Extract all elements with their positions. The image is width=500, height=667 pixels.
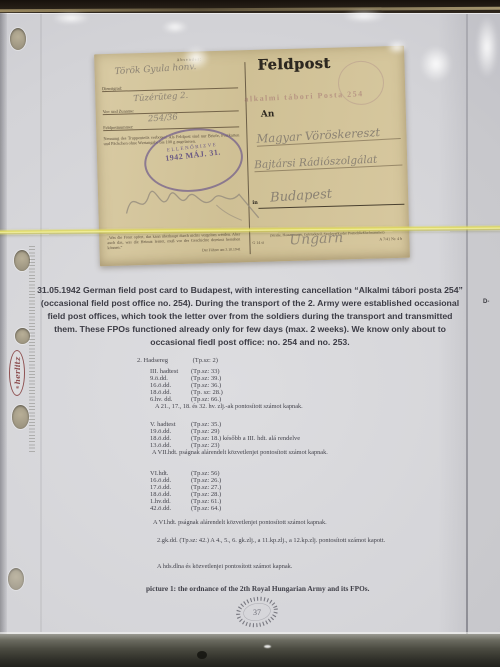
printed-quote-block: „Was die Front opfert, das kann überhaup… <box>107 232 240 255</box>
ordnance-row: 17.ö.dd.(Tp.sz: 27.) <box>150 484 327 491</box>
card-center-divider <box>244 62 250 254</box>
flash-glare <box>342 10 386 22</box>
adjacent-page-text-fragment: D- <box>483 299 489 305</box>
sheet-left-edge <box>0 13 7 634</box>
unit-name: 42.ö.dd. <box>150 505 191 512</box>
unit-tpsz: (Tp.sz: 66.) <box>191 396 221 403</box>
binder-hole <box>15 328 30 344</box>
page-number: 37 <box>253 608 261 617</box>
unit-tpsz: (Tp.sz: 29) <box>191 428 220 435</box>
ordnance-row: 42.ö.dd.(Tp.sz: 64.) <box>150 505 327 512</box>
unit-name: 9.ö.dd. <box>150 375 191 382</box>
army-tpsz: (Tp.sz: 2) <box>193 357 218 364</box>
army-name: 2. Hadsereg <box>137 357 191 364</box>
unit-tpsz: (Tp.sz: 39.) <box>191 375 221 382</box>
unit-tpsz: (Tp.sz: 61.) <box>191 498 221 505</box>
unit-name: 1.hv.dd. <box>150 498 191 505</box>
brand-name: herlitz <box>13 357 22 385</box>
unit-name: VI.hdt. <box>150 470 191 477</box>
corps3-note: A VI.hdt. pságnak alárendelt közvetlenje… <box>153 519 327 526</box>
unit-tpsz: (Tp.sz: 35.) <box>191 421 221 428</box>
ordnance-row: VI.hdt.(Tp.sz: 56) <box>150 470 327 477</box>
binder-hole <box>8 568 24 590</box>
album-page-photo: D- ® herlitz Absender: Dienstgrad: Török… <box>0 0 500 667</box>
flash-glare <box>476 16 498 78</box>
ordnance-row: 18.ö.dd.(Tp. sz: 28.) <box>150 389 303 396</box>
print-mark-right: A 7/41 Nr. 4 b <box>379 236 402 242</box>
adjacent-page <box>468 14 500 634</box>
table-surface-bottom <box>0 634 500 667</box>
corps2-block: V. hadtest(Tp.sz: 35.) 19.ö.dd.(Tp.sz: 2… <box>150 421 328 456</box>
ordnance-row: 18.ö.dd.(Tp.sz: 28.) <box>150 491 327 498</box>
feldpost-title: Feldpost <box>257 55 330 74</box>
final-note: A hds.dlna és közvetlenjei pontosított s… <box>157 563 292 570</box>
binder-hole <box>14 250 30 271</box>
ordnance-row: III. hadtest(Tp.sz: 33) <box>150 368 303 375</box>
herlitz-logo: ® herlitz <box>9 350 25 396</box>
registered-mark: ® <box>15 385 20 389</box>
pencil-signature <box>119 170 265 229</box>
army-header-row: 2. Hadsereg (Tp.sz: 2) <box>137 357 218 364</box>
unit-name: 13.ö.dd. <box>150 442 191 449</box>
flash-glare <box>52 12 90 24</box>
corps1-note: A 21., 17., 18. és 32. hv. zlj.-ak ponto… <box>155 403 303 410</box>
filing-strip-perforation <box>29 246 35 454</box>
ordnance-row: V. hadtest(Tp.sz: 35.) <box>150 421 328 428</box>
unit-tpsz: (Tp.sz: 23) <box>191 442 220 449</box>
corps1-block: III. hadtest(Tp.sz: 33) 9.ö.dd.(Tp.sz: 3… <box>150 368 303 411</box>
unit-tpsz: (Tp.sz: 33) <box>191 368 220 375</box>
unit-tpsz: (Tp.sz: 18.) később a III. hdt. alá rend… <box>191 435 300 442</box>
ordnance-row: 16.ö.dd.(Tp.sz: 36.) <box>150 382 303 389</box>
unit-name: 18.ö.dd. <box>150 435 191 442</box>
an-label: An <box>261 109 275 119</box>
in-label: in <box>252 200 258 206</box>
ordnance-row: 9.ö.dd.(Tp.sz: 39.) <box>150 375 303 382</box>
unit-tpsz: (Tp.sz: 28.) <box>191 491 221 498</box>
unit-name: III. hadtest <box>150 368 191 375</box>
ordnance-row: 13.ö.dd.(Tp.sz: 23) <box>150 442 328 449</box>
flash-glare <box>420 46 452 82</box>
flash-glare <box>386 40 408 54</box>
handwritten-address-line1: Magyar Vöröskereszt <box>256 124 401 147</box>
unit-name: 18.ö.dd. <box>150 389 191 396</box>
unit-name: 18.ö.dd. <box>150 491 191 498</box>
ordnance-row: 6.hv. dd.(Tp.sz: 66.) <box>150 396 303 403</box>
unit-tpsz: (Tp.sz: 56) <box>191 470 220 477</box>
handwritten-unit: Tüzérüteg 2. <box>133 91 188 104</box>
print-mark-left: G 14 st <box>252 240 264 245</box>
motorized-brigade-note: 2.gk.dd. (Tp.sz: 42.) A 4., 5., 6. gk.zl… <box>145 536 401 546</box>
handwritten-address-line2: Bajtársi Rádiószolgálat <box>254 153 402 173</box>
flash-glare <box>162 21 188 33</box>
picture-caption: picture 1: the ordnance of the 2th Royal… <box>146 584 426 593</box>
unit-name: 19.ö.dd. <box>150 428 191 435</box>
unit-tpsz: (Tp. sz: 28.) <box>191 389 223 396</box>
unit-tpsz: (Tp.sz: 64.) <box>191 505 221 512</box>
unit-name: 17.ö.dd. <box>150 484 191 491</box>
handwritten-city: Budapest <box>270 187 333 206</box>
occasional-post-cancellation: alkalmi tábori Posta 254 <box>244 87 406 103</box>
exhibit-description: 31.05.1942 German field post card to Bud… <box>36 284 464 349</box>
unit-name: 16.ö.dd. <box>150 382 191 389</box>
unit-name: 16.ö.dd. <box>150 477 191 484</box>
unit-tpsz: (Tp.sz: 27.) <box>191 484 221 491</box>
ordnance-row: 19.ö.dd.(Tp.sz: 29) <box>150 428 328 435</box>
page-number-stamp: 37 <box>233 593 281 631</box>
table-knob <box>197 651 207 659</box>
binder-hole <box>10 28 26 50</box>
handwritten-country: Ungarn <box>289 230 344 248</box>
unit-name: 6.hv. dd. <box>150 396 191 403</box>
corps3-block: VI.hdt.(Tp.sz: 56) 16.ö.dd.(Tp.sz: 26.) … <box>150 470 327 526</box>
binder-hole <box>12 405 29 429</box>
ordnance-row: 1.hv.dd.(Tp.sz: 61.) <box>150 498 327 505</box>
unit-tpsz: (Tp.sz: 26.) <box>191 477 221 484</box>
unit-name: V. hadtest <box>150 421 191 428</box>
ordnance-row: 16.ö.dd.(Tp.sz: 26.) <box>150 477 327 484</box>
unit-tpsz: (Tp.sz: 36.) <box>191 382 221 389</box>
flash-glare <box>182 46 210 70</box>
table-speck <box>264 645 271 648</box>
corps2-note: A VII.hdt. pságnak alárendelt közvetlenj… <box>152 449 328 456</box>
ordnance-row: 18.ö.dd.(Tp.sz: 18.) később a III. hdt. … <box>150 435 328 442</box>
handwritten-fp-number: 254/36 <box>148 113 178 125</box>
